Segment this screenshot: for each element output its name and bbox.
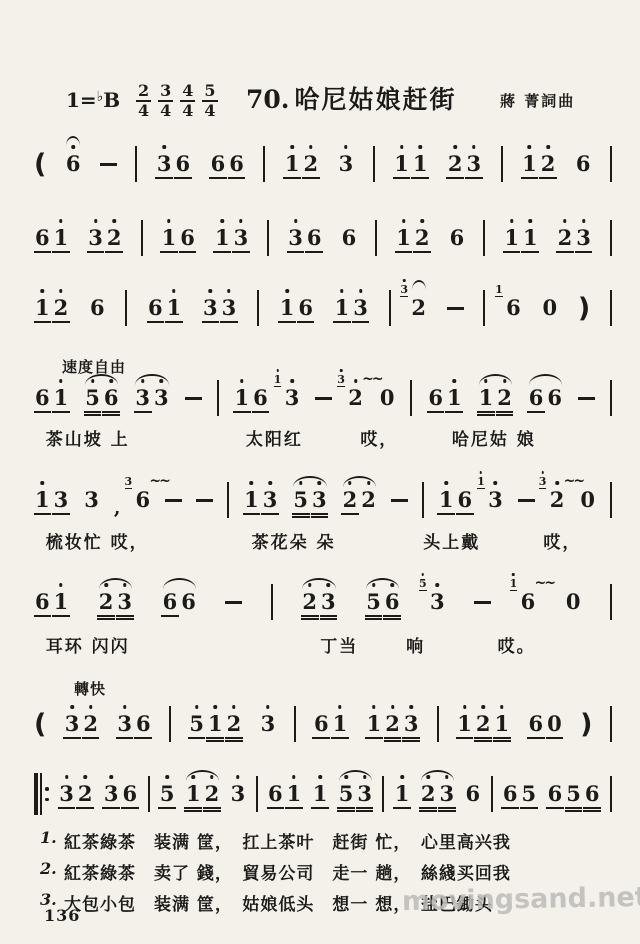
note-digit: 2 — [541, 153, 556, 174]
grace-octave-dot — [276, 369, 279, 372]
dash-sustain — [315, 397, 332, 400]
note-digit: 5 — [366, 591, 381, 612]
underline — [501, 807, 519, 809]
octave-dot — [372, 705, 376, 709]
octave-dot — [70, 705, 74, 709]
open-paren: ( — [34, 711, 46, 738]
note: 5 — [189, 713, 204, 735]
octave-dot — [327, 583, 331, 587]
note-group: 23 — [557, 227, 592, 249]
note-group: 36~~ — [135, 489, 152, 511]
underline — [465, 177, 483, 179]
note: 3 — [231, 783, 246, 805]
slur-group: 23 — [98, 591, 133, 613]
octave-dot — [354, 379, 358, 383]
underline — [383, 615, 401, 617]
note-digit: 6 — [576, 153, 591, 174]
note: 2 — [421, 783, 436, 805]
note: 3 — [576, 227, 591, 249]
note: 2 — [54, 297, 69, 319]
underline — [565, 807, 583, 809]
note-digit: 3 — [135, 387, 150, 408]
octave-dot — [167, 219, 171, 223]
octave-dot — [239, 219, 243, 223]
note: 5 — [522, 783, 537, 805]
page-number: 136 — [44, 906, 80, 925]
note: 3 — [439, 783, 454, 805]
note: 2 — [558, 227, 573, 249]
note-digit: 6 — [547, 387, 562, 408]
note: 3 — [117, 713, 132, 735]
note-digit: 2 — [421, 783, 436, 804]
note: 6 — [122, 783, 137, 805]
underline — [395, 251, 413, 253]
note: 16 — [506, 297, 521, 319]
underline — [82, 737, 100, 739]
underline — [102, 414, 120, 416]
music-line-2: 613216133661261123 — [34, 212, 612, 264]
note: 36~~ — [136, 489, 151, 511]
underline — [160, 251, 178, 253]
underline — [384, 740, 402, 742]
slur-group: 12 — [185, 783, 220, 805]
note-digit: 3 — [439, 783, 454, 804]
lyric-row-1: 茶山坡 上太阳红哎，哈尼姑 娘 — [40, 425, 612, 451]
barline — [610, 380, 612, 416]
lyric-segment: 太阳红 — [246, 425, 303, 450]
underline — [456, 737, 474, 739]
note-digit: 1 — [167, 297, 182, 318]
octave-dot — [529, 219, 533, 223]
note: 6 — [35, 387, 50, 409]
underline — [97, 618, 115, 620]
barline — [422, 482, 424, 518]
underline — [539, 177, 557, 179]
note-digit: 2~~ — [550, 489, 565, 510]
octave-dot — [390, 583, 394, 587]
note-group: 53 — [429, 591, 446, 613]
repeat-dot — [45, 787, 49, 791]
underline — [261, 513, 279, 515]
song-title: 哈尼姑娘赶街 — [295, 80, 457, 116]
note: 1 — [413, 153, 428, 175]
note: 2 — [448, 153, 463, 175]
underline — [438, 810, 456, 812]
note-digit: 5 — [293, 489, 308, 510]
dash-sustain — [391, 499, 408, 502]
music-line-7: (323651236112312160) — [34, 698, 612, 750]
octave-dot — [409, 705, 413, 709]
note: 1 — [494, 713, 509, 735]
note-group: 6 — [575, 153, 592, 175]
note: 6 — [342, 227, 357, 249]
underline — [438, 807, 456, 809]
note-digit: 1 — [54, 227, 69, 248]
note-digit: 6 — [528, 713, 543, 734]
underline — [411, 177, 429, 179]
underline — [413, 251, 431, 253]
note: 6 — [268, 783, 283, 805]
note-group: 3 — [230, 783, 247, 805]
note-digit: 2 — [361, 489, 376, 510]
barline — [483, 220, 485, 256]
note-digit: 3 — [203, 297, 218, 318]
octave-dot — [402, 219, 406, 223]
underline — [477, 414, 495, 416]
underline — [34, 321, 52, 323]
note-digit: 6 — [342, 227, 357, 248]
note-group: 12 — [284, 153, 319, 175]
time-signature: 34 — [158, 82, 173, 119]
note-digit: 6 — [136, 713, 151, 734]
note: 1 — [287, 783, 302, 805]
barline — [148, 776, 150, 812]
barline — [610, 146, 612, 182]
underline — [116, 737, 134, 739]
note-group: 32 — [410, 297, 427, 319]
note-digit: 1 — [395, 783, 410, 804]
underline — [105, 251, 123, 253]
music-line-3: 1266133161332160) — [34, 282, 612, 334]
octave-dot — [400, 775, 404, 779]
time-signature: 54 — [202, 82, 217, 119]
note-digit: 2 — [558, 227, 573, 248]
note-digit: 3 — [576, 227, 591, 248]
octave-dot — [221, 219, 225, 223]
note-group: 65 — [502, 783, 537, 805]
note: 2 — [99, 591, 114, 613]
lyric-segment: 哎， — [543, 528, 581, 553]
note-digit: 1 — [439, 489, 454, 510]
note-digit: 3 — [488, 489, 503, 510]
underline — [365, 737, 383, 739]
note-group: 36 — [287, 227, 322, 249]
underline — [496, 411, 514, 413]
underline — [206, 737, 224, 739]
note: 1 — [280, 297, 295, 319]
note-digit: 6 — [298, 297, 313, 318]
note-digit: 1 — [35, 489, 50, 510]
underline — [87, 251, 105, 253]
underline — [301, 615, 319, 617]
octave-dot — [160, 379, 164, 383]
octave-dot — [123, 705, 127, 709]
note-digit: 3 — [154, 387, 169, 408]
note-group: 13 — [487, 489, 504, 511]
note: 3 — [222, 297, 237, 319]
note: 13 — [285, 387, 300, 409]
note-digit: 6 — [180, 227, 195, 248]
note-digit: 6 — [148, 297, 163, 318]
octave-dot — [192, 775, 196, 779]
dash-sustain — [225, 601, 242, 604]
note-group: 656 — [547, 783, 601, 805]
underline — [158, 807, 176, 809]
note: 1 — [335, 297, 350, 319]
note-digit: 6 — [548, 783, 563, 804]
underline — [311, 516, 329, 518]
note-digit: 3 — [353, 297, 368, 318]
octave-dot — [372, 583, 376, 587]
octave-dot — [340, 289, 344, 293]
underline — [233, 411, 251, 413]
note-digit: 1 — [208, 713, 223, 734]
note-digit: 2 — [497, 387, 512, 408]
octave-dot — [484, 379, 488, 383]
note-group: 61 — [427, 387, 462, 409]
note-digit: 3 — [288, 227, 303, 248]
note-group: 66 — [210, 153, 245, 175]
note: 3 — [467, 153, 482, 175]
note: 2 — [107, 227, 122, 249]
lyric-segment: 头上戴 — [423, 528, 480, 553]
octave-dot — [236, 775, 240, 779]
octave-dot — [344, 145, 348, 149]
note: 1 — [394, 153, 409, 175]
octave-dot — [582, 219, 586, 223]
underline — [179, 251, 197, 253]
note: 2 — [227, 713, 242, 735]
note-digit: 5 — [85, 387, 100, 408]
note: 1 — [215, 227, 230, 249]
octave-dot — [141, 379, 145, 383]
note-digit: 5 — [189, 713, 204, 734]
note-digit: 6 — [253, 387, 268, 408]
octave-dot — [290, 145, 294, 149]
note: 6 — [585, 783, 600, 805]
note: 53 — [430, 591, 445, 613]
octave-dot — [162, 145, 166, 149]
octave-dot — [266, 705, 270, 709]
note-digit: 1 — [54, 591, 69, 612]
note-digit: 2 — [54, 297, 69, 318]
note: 3 — [261, 713, 276, 735]
note: 1 — [333, 713, 348, 735]
underline — [287, 251, 305, 253]
note: 32~~ — [550, 489, 565, 511]
octave-dot — [420, 219, 424, 223]
note-digit: 6 — [163, 591, 178, 612]
octave-dot — [94, 219, 98, 223]
note-digit: 3 — [54, 489, 69, 510]
note-group: 16 — [279, 297, 314, 319]
note-digit: 6 — [211, 153, 226, 174]
note-group: 13 — [334, 297, 369, 319]
dash-sustain — [100, 163, 117, 166]
note: 2 — [83, 713, 98, 735]
barline — [610, 482, 612, 518]
underline — [301, 618, 319, 620]
key-signature: 1=♭B — [66, 88, 120, 112]
note: 6 — [35, 591, 50, 613]
lyric-segment: 哎， — [360, 425, 398, 450]
note-digit: 1 — [35, 297, 50, 318]
underline — [356, 807, 374, 809]
underline — [419, 807, 437, 809]
note-digit: 6 — [181, 591, 196, 612]
grace-note: 1 — [477, 476, 485, 489]
underline — [393, 807, 411, 809]
note: 6 — [35, 227, 50, 249]
note: 1 — [395, 783, 410, 805]
note: 6 — [465, 783, 480, 805]
lyric-row-2: 梳妆忙 哎，茶花朵 朵头上戴哎， — [40, 528, 612, 554]
underline — [402, 740, 420, 742]
note: 2 — [205, 783, 220, 805]
note-group: 6 — [89, 297, 106, 319]
barline — [267, 220, 269, 256]
barline — [263, 146, 265, 182]
note: 1 — [54, 591, 69, 613]
note: 6 — [136, 713, 151, 735]
barline — [135, 146, 137, 182]
music-line-6: 61236623565316~~0 — [34, 576, 612, 628]
note-digit: 3 — [312, 489, 327, 510]
verse-number: 1. — [40, 828, 64, 847]
octave-dot — [445, 775, 449, 779]
note: 16~~ — [521, 591, 536, 613]
underline — [493, 740, 511, 742]
barline — [217, 380, 219, 416]
note: 1 — [208, 713, 223, 735]
underline — [493, 737, 511, 739]
close-paren: ) — [578, 295, 590, 322]
underline — [84, 411, 102, 413]
barline — [141, 220, 143, 256]
lyric-segment: 丁当 — [320, 632, 358, 657]
lyric-segment: 哈尼姑 娘 — [452, 425, 536, 450]
repeat-sign — [34, 773, 49, 815]
note-digit: 6 — [450, 227, 465, 248]
underline — [446, 177, 464, 179]
underline — [134, 411, 152, 413]
note-digit: 2 — [385, 713, 400, 734]
lyric-segment: 茶山坡 上 — [46, 425, 130, 450]
note: 1 — [35, 489, 50, 511]
barline — [227, 482, 229, 518]
barline — [271, 584, 273, 620]
underline — [58, 807, 76, 809]
note: 0 — [542, 297, 557, 319]
note-digit: 6 — [465, 783, 480, 804]
note: 6 — [181, 591, 196, 613]
underline — [384, 737, 402, 739]
underline — [188, 737, 206, 739]
slur-group: 56 — [84, 387, 119, 409]
octave-dot — [308, 583, 312, 587]
slur-group: 23 — [420, 783, 455, 805]
dash-sustain — [165, 499, 182, 502]
note: 3 — [104, 783, 119, 805]
note: 3 — [135, 387, 150, 409]
note: 1 — [35, 297, 50, 319]
note: 5 — [293, 489, 308, 511]
time-signature: 24 — [136, 82, 151, 119]
note-digit: 3 — [321, 591, 336, 612]
octave-dot — [391, 705, 395, 709]
note: 6 — [548, 783, 563, 805]
dash-sustain — [518, 499, 535, 502]
underline — [220, 321, 238, 323]
dash-sustain — [578, 397, 595, 400]
note: 3 — [288, 227, 303, 249]
underline — [311, 513, 329, 515]
underline — [52, 513, 70, 515]
underline — [292, 513, 310, 515]
note-digit: 2 — [303, 153, 318, 174]
barline — [169, 706, 171, 742]
note-digit: 6 — [104, 387, 119, 408]
note: 2 — [302, 591, 317, 613]
note: 1 — [504, 227, 519, 249]
note-group: 6 — [449, 227, 466, 249]
underline — [312, 737, 330, 739]
note-digit: 6 — [229, 153, 244, 174]
barline — [491, 776, 493, 812]
grace-note: 3 — [125, 476, 133, 489]
note: 6 — [307, 227, 322, 249]
trill-icon: ~~ — [535, 575, 554, 591]
note-digit: 2~~ — [348, 387, 363, 408]
note: 3 — [54, 489, 69, 511]
note-digit: 6 — [307, 227, 322, 248]
note: 6 — [66, 153, 81, 175]
note-group: 1 — [394, 783, 411, 805]
note: 3 — [234, 227, 249, 249]
note-digit: 5 — [566, 783, 581, 804]
repeat-thin-bar — [40, 773, 42, 815]
note: 6 — [180, 227, 195, 249]
title-block: 70. 哈尼姑娘赶街 — [246, 80, 457, 116]
close-paren: ) — [580, 711, 592, 738]
note: 1 — [479, 387, 494, 409]
note-digit: 3 — [263, 489, 278, 510]
octave-dot — [426, 775, 430, 779]
octave-dot — [338, 705, 342, 709]
note-digit: 3 — [430, 591, 445, 612]
underline — [174, 177, 192, 179]
underline — [285, 807, 303, 809]
note-digit: 3 — [157, 153, 172, 174]
note: 6 — [90, 297, 105, 319]
note-digit: 6 — [90, 297, 105, 318]
note-digit: 6 — [506, 297, 521, 318]
octave-dot — [172, 289, 176, 293]
song-number: 70. — [246, 85, 290, 114]
underline — [34, 411, 52, 413]
note-group: 61 — [147, 297, 182, 319]
repeat-dots — [45, 787, 49, 801]
octave-dot — [348, 481, 352, 485]
octave-dot — [232, 705, 236, 709]
note-group: 61 — [313, 713, 348, 735]
underline — [527, 737, 545, 739]
note: 1 — [235, 387, 250, 409]
note-digit: 3 — [467, 153, 482, 174]
dash-sustain — [185, 397, 202, 400]
underline — [419, 810, 437, 812]
grace-note: 3 — [337, 374, 345, 387]
underline — [297, 321, 315, 323]
note-digit: 3 — [117, 591, 132, 612]
note-digit: 1 — [367, 713, 382, 734]
verse-text: 紅茶綠茶 卖了 錢， 貿易公司 走一 趟， 絲綫买回我 — [64, 859, 511, 884]
note: 2 — [497, 387, 512, 409]
note: 6 — [163, 591, 178, 613]
note-group: 36 — [156, 153, 191, 175]
underline — [63, 737, 81, 739]
note-group: 3 — [83, 489, 100, 511]
